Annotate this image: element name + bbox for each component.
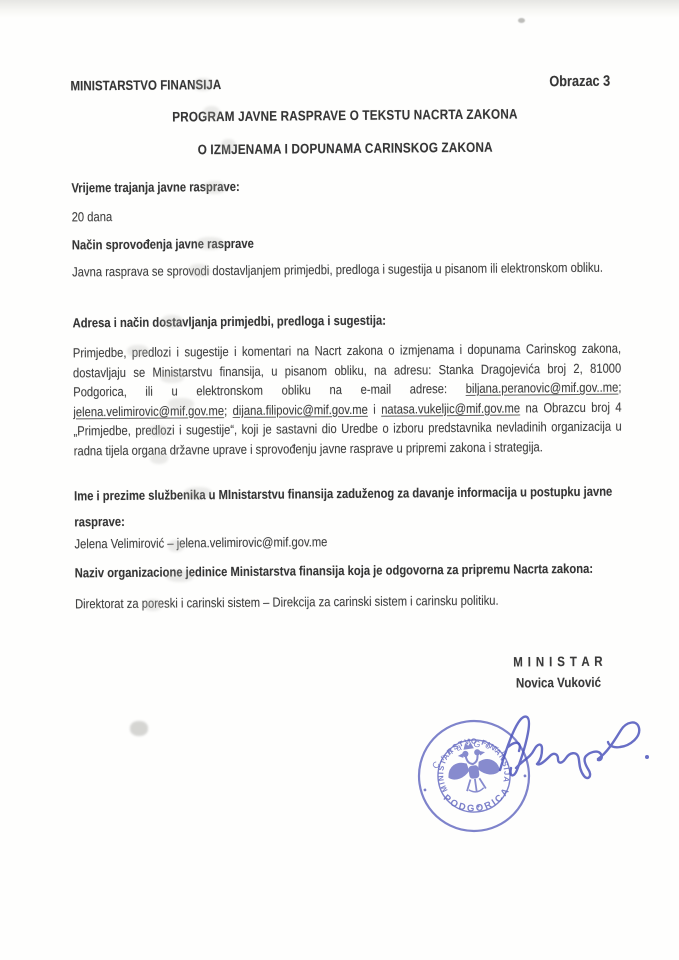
- address-separator: ;: [618, 380, 621, 395]
- address-separator: i: [368, 401, 382, 416]
- email-link-dijana[interactable]: dijana.filipovic@mif.gov.me: [233, 401, 368, 417]
- scan-smudge-blob: [130, 721, 148, 736]
- handwritten-signature: [450, 690, 660, 790]
- contact-heading: Ime i prezime službenika u MInistarstvu …: [74, 479, 623, 535]
- scan-smudge: [166, 570, 194, 582]
- stamp-separator-dot: [423, 788, 426, 791]
- document-body: MINISTARSTVO FINANSIJA Obrazac 3 PROGRAM…: [70, 68, 624, 723]
- address-heading: Adresa i način dostavljanja primjedbi, p…: [73, 310, 621, 333]
- document-title-line2: O IZMJENAMA I DOPUNAMA CARINSKOG ZAKONA: [71, 138, 619, 161]
- email-link-natasa[interactable]: natasa.vukeljic@mif.gov.me: [381, 400, 520, 416]
- method-heading: Način sprovođenja javne rasprave: [72, 232, 620, 255]
- scan-smudge: [127, 345, 149, 357]
- scan-smudge: [168, 398, 194, 410]
- email-link-biljana[interactable]: biljana.peranovic@mif.gov..me: [466, 380, 619, 396]
- letterhead-row: MINISTARSTVO FINANSIJA Obrazac 3: [70, 73, 618, 96]
- stamp-bottom-star: ✶: [475, 802, 482, 811]
- contact-value: Jelena Velimirović – jelena.velimirovic@…: [74, 531, 622, 554]
- scan-smudge: [203, 106, 220, 120]
- scan-smudge: [144, 599, 162, 611]
- scan-smudge: [193, 78, 213, 91]
- duration-heading: Vrijeme trajanja javne rasprave:: [71, 175, 619, 198]
- scan-smudge: [160, 371, 184, 383]
- signature-inner: M I N I S T A R Novica Vuković: [513, 652, 624, 694]
- scanned-document-page: MINISTARSTVO FINANSIJA Obrazac 3 PROGRAM…: [0, 0, 679, 960]
- scan-speck: [518, 18, 525, 23]
- scan-smudge: [161, 315, 183, 328]
- form-label: Obrazac 3: [549, 73, 619, 92]
- scan-smudge: [203, 181, 226, 194]
- signature-icon: [450, 690, 660, 790]
- scan-smudge: [196, 237, 224, 250]
- scan-smudge: [221, 139, 236, 153]
- document-title-line1: PROGRAM JAVNE RASPRAVE O TEKSTU NACRTA Z…: [71, 105, 619, 128]
- address-paragraph: Primjedbe, predlozi i sugestije i koment…: [73, 339, 622, 461]
- scan-smudge: [188, 264, 210, 277]
- scan-artifact-top-band: [0, 0, 679, 18]
- minister-name: Novica Vuković: [516, 674, 601, 690]
- duration-value: 20 dana: [72, 204, 620, 227]
- scan-smudge: [150, 452, 168, 464]
- scan-smudge: [148, 425, 168, 437]
- scan-smudge: [184, 487, 212, 499]
- minister-title: M I N I S T A R: [513, 654, 603, 670]
- unit-heading: Naziv organizacione jedinice Ministarstv…: [75, 560, 623, 583]
- method-paragraph: Javna rasprava se sprovodi dostavljanjem…: [72, 257, 620, 284]
- scan-smudge: [168, 540, 184, 552]
- email-link-jelena[interactable]: jelena.velimirovic@mif.gov.me: [73, 403, 224, 419]
